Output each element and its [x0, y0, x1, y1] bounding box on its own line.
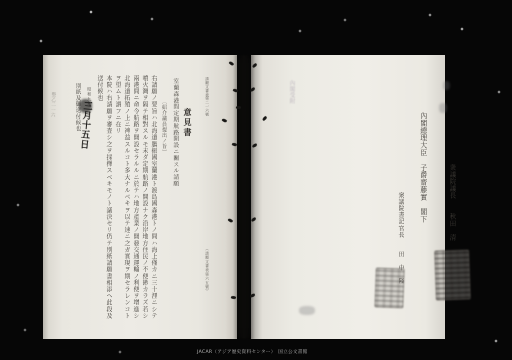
body-column: 送付候也 — [96, 75, 102, 101]
body-column: 本院ハ右請願ヲ審査シ之ヲ採擇スベキモノト議決セリ仍テ別紙請願書相添ヘ此段及 — [105, 75, 111, 319]
speaker-signature: 衆議院議長 秋田 清 — [449, 164, 455, 241]
secretary-official-seal-stamp — [374, 268, 404, 309]
body-column: 噴火灣ヲ隔テ相對スルモ未ダ定期航路ノ開設ナク沿岸地方住民ノ不便尠カラズ若シ — [141, 75, 147, 319]
body-column: 右請願ノ要旨ハ北海道膽振國室蘭港ト渡島國森港トノ間ハ海上僅カニ三十浬ニシテ — [150, 75, 156, 319]
petition-subject-note: 〔紹介議員提出ノ旨〕 — [161, 99, 166, 155]
body-column: 北海道拓殖ノ上ニ裨益スルコト多大ナルベキヲ以テ速ニ之ガ實現ヲ期セラレンコト — [123, 75, 129, 319]
faint-mark — [299, 306, 315, 315]
archive-caption: JACAR（アジア歴史資料センター） 国立公文書館 — [197, 349, 308, 355]
doc-number-note: 請願文書表第二一六號 — [205, 77, 209, 116]
right-page: 內閣受附 衆議院議長 秋田 清 內閣總理大臣 子爵齋藤實 閣下 衆議院書記官長 … — [251, 55, 445, 339]
left-page: 請願文書表第二一六號 意見書 室蘭森港間定期航路開設ニ關スル請願 〔紹介議員提出… — [43, 55, 237, 339]
receipt-stamp-text: 內閣受附 — [288, 80, 294, 104]
body-column: ヲ望ムト謂フニ在リ — [114, 75, 120, 134]
petition-subject: 室蘭森港間定期航路開設ニ關スル請願 — [171, 78, 177, 187]
ink-blot — [79, 99, 92, 113]
document-title: 意見書 — [183, 108, 191, 138]
body-column: 兩港間ニ命令航路ヲ開設セラルルニ於テハ地方產業ノ開發交通運輸ノ利便ヲ增進シ — [132, 75, 138, 319]
scanned-document-view: 請願文書表第二一六號 意見書 室蘭森港間定期航路開設ニ關スル請願 〔紹介議員提出… — [0, 0, 512, 360]
book-spread: 請願文書表第二一六號 意見書 室蘭森港間定期航路開設ニ關スル請願 〔紹介議員提出… — [43, 55, 445, 339]
addressee-line: 內閣總理大臣 子爵齋藤實 閣下 — [419, 112, 426, 223]
gutter-reference-note: （請願文書表第六五號） — [205, 247, 209, 293]
pencil-annotation: 整乙二一六 — [50, 92, 55, 118]
faint-mark — [439, 103, 447, 113]
speaker-official-seal-stamp — [434, 249, 471, 300]
faint-mark — [443, 81, 450, 90]
